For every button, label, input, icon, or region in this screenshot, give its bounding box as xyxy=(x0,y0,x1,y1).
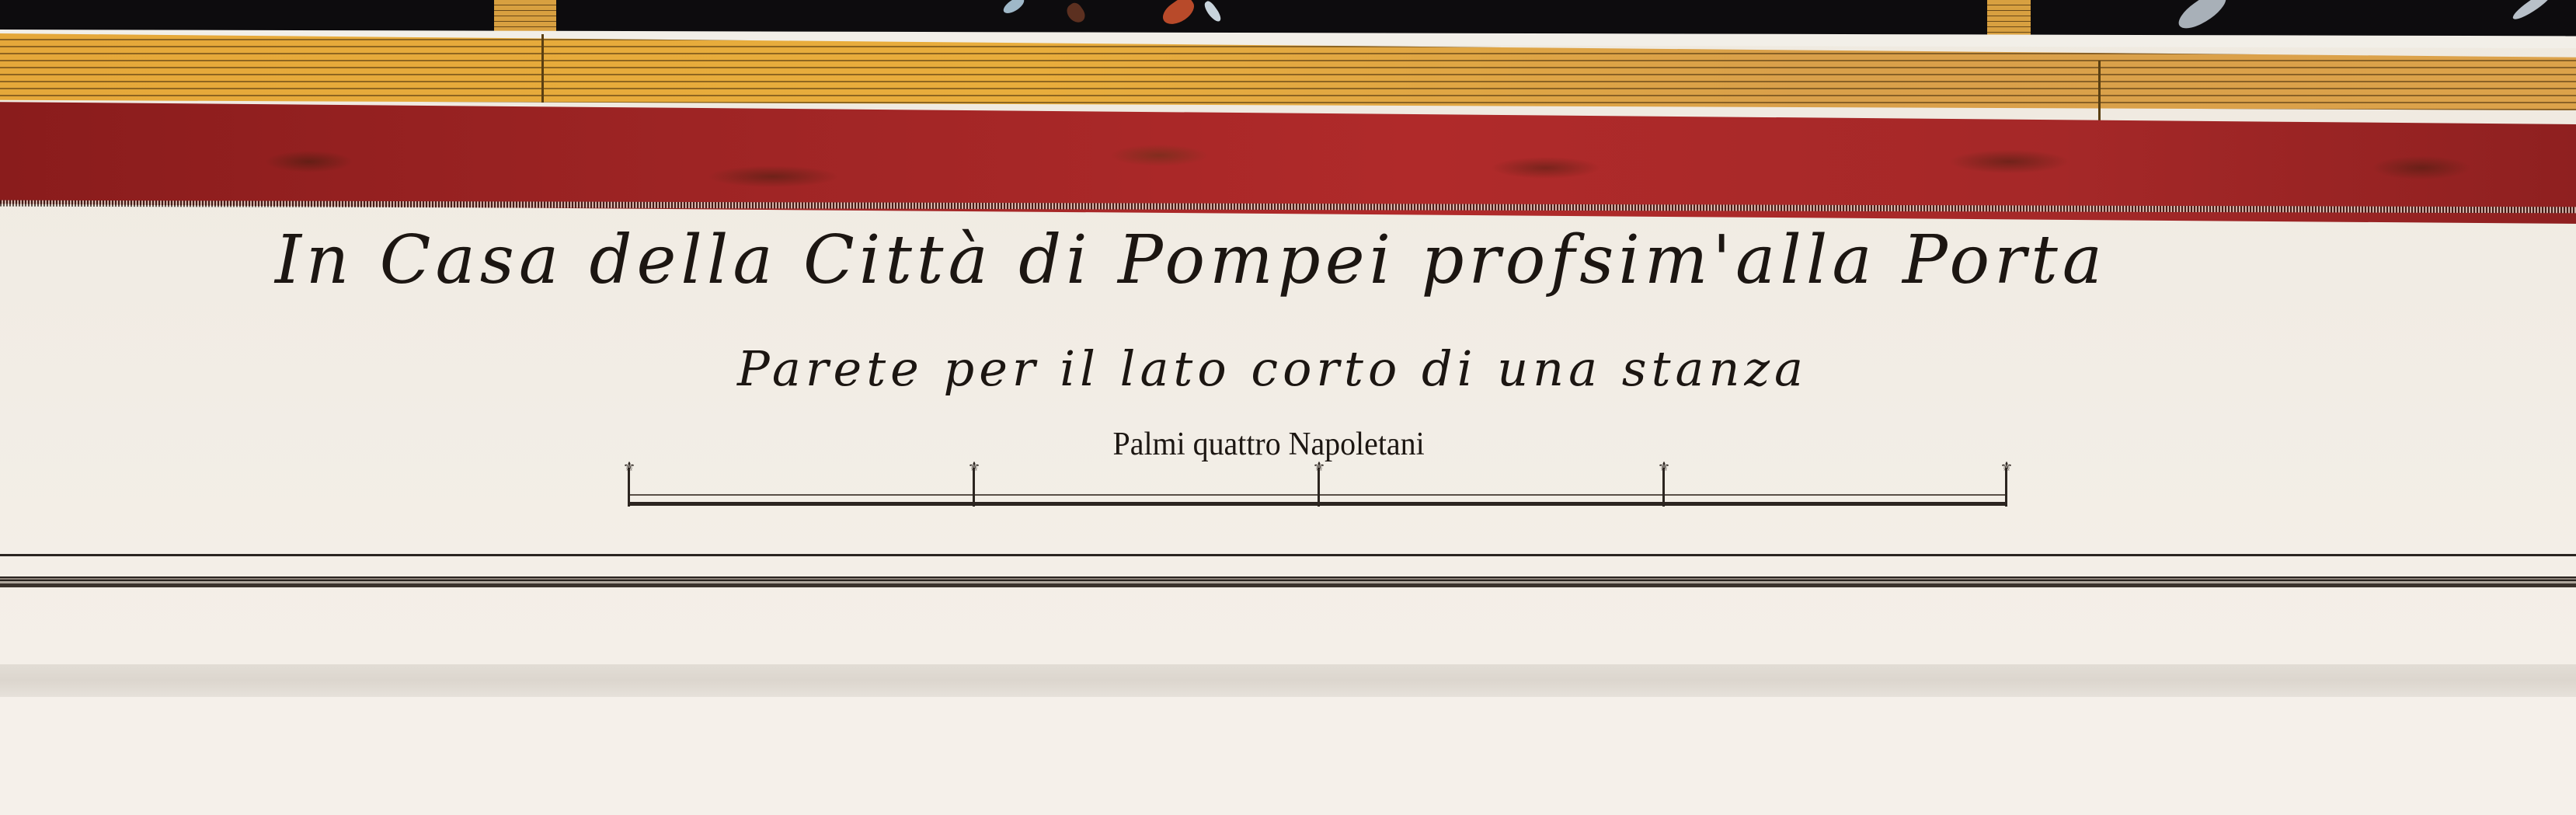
frame-mat xyxy=(0,697,2576,815)
caption-subtitle-line: Parete per il lato corto di una stanza xyxy=(0,340,2560,397)
painted-fish-4 xyxy=(1202,0,1223,24)
fleur-de-lis-icon: ⚜ xyxy=(966,461,983,474)
scale-bar: ⚜ ⚜ ⚜ ⚜ ⚜ xyxy=(628,494,2007,507)
mat-bevel-shadow xyxy=(0,664,2576,697)
fleur-de-lis-icon: ⚜ xyxy=(1655,461,1673,474)
gold-band-seam-left xyxy=(541,34,544,103)
plate-border-thin-rule xyxy=(0,554,2576,556)
painted-fish-2 xyxy=(1063,1,1088,26)
painted-fish-3 xyxy=(1159,0,1199,30)
fleur-de-lis-icon: ⚜ xyxy=(1998,461,2015,474)
plate-border-thick-rule xyxy=(0,576,2576,587)
caption-title-line: In Casa della Città di Pompei profsim'al… xyxy=(0,221,2479,299)
fleur-de-lis-icon: ⚜ xyxy=(1311,461,1328,474)
fleur-de-lis-icon: ⚜ xyxy=(621,461,638,474)
painted-fish-5 xyxy=(2174,0,2230,36)
gold-band-seam-right xyxy=(2098,61,2101,123)
scale-bar-label: Palmi quattro Napoletani xyxy=(1113,426,1425,463)
painted-fish-1 xyxy=(1001,0,1027,16)
painted-fish-6 xyxy=(2510,0,2554,23)
